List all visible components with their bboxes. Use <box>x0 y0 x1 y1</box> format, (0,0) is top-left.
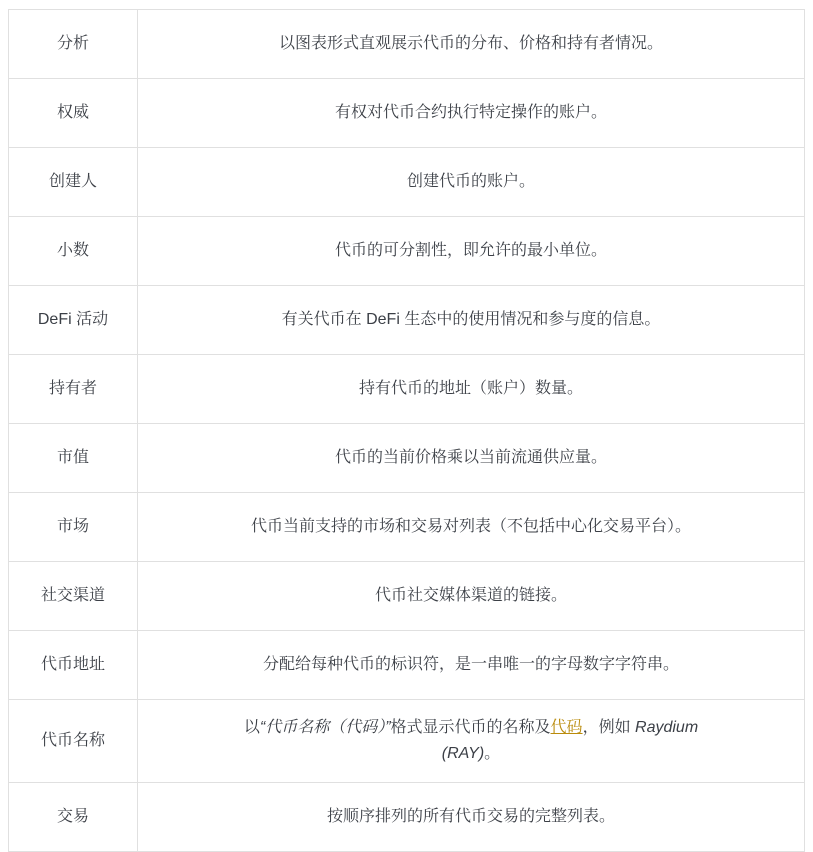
table-row: 代币名称 以“代币名称（代码）”格式显示代币的名称及代码，例如 Raydium(… <box>9 700 804 783</box>
table-row: 市值 代币的当前价格乘以当前流通供应量。 <box>9 424 804 493</box>
definition-cell: 有权对代币合约执行特定操作的账户。 <box>138 79 804 147</box>
definition-cell: 持有代币的地址（账户）数量。 <box>138 355 804 423</box>
table-row: 权威 有权对代币合约执行特定操作的账户。 <box>9 79 804 148</box>
glossary-table: 分析 以图表形式直观展示代币的分布、价格和持有者情况。 权威 有权对代币合约执行… <box>8 9 805 852</box>
definition-cell: 代币的可分割性，即允许的最小单位。 <box>138 217 804 285</box>
definition-text: 代币的可分割性，即允许的最小单位。 <box>156 238 786 264</box>
definition-text: ，例如 <box>583 719 635 736</box>
definition-cell: 以图表形式直观展示代币的分布、价格和持有者情况。 <box>138 10 804 78</box>
definition-cell: 按顺序排列的所有代币交易的完整列表。 <box>138 783 804 851</box>
definition-text: 以 <box>244 719 260 736</box>
definition-cell: 分配给每种代币的标识符，是一串唯一的字母数字字符串。 <box>138 631 804 699</box>
definition-cell: 创建代币的账户。 <box>138 148 804 216</box>
definition-text: 。 <box>484 745 500 762</box>
table-row: 持有者 持有代币的地址（账户）数量。 <box>9 355 804 424</box>
table-row: 小数 代币的可分割性，即允许的最小单位。 <box>9 217 804 286</box>
definition-italic-text: Raydium <box>635 719 698 736</box>
definition-text: 代币当前支持的市场和交易对列表（不包括中心化交易平台）。 <box>156 514 786 540</box>
term-cell: 持有者 <box>9 355 138 423</box>
table-row: 代币地址 分配给每种代币的标识符，是一串唯一的字母数字字符串。 <box>9 631 804 700</box>
term-cell: 代币地址 <box>9 631 138 699</box>
definition-cell: 以“代币名称（代码）”格式显示代币的名称及代码，例如 Raydium(RAY)。 <box>138 700 804 782</box>
term-cell: 交易 <box>9 783 138 851</box>
definition-cell: 代币当前支持的市场和交易对列表（不包括中心化交易平台）。 <box>138 493 804 561</box>
term-cell: 社交渠道 <box>9 562 138 630</box>
term-cell: 权威 <box>9 79 138 147</box>
definition-text: 代币社交媒体渠道的链接。 <box>156 583 786 609</box>
definition-text: 按顺序排列的所有代币交易的完整列表。 <box>156 804 786 830</box>
definition-cell: 代币的当前价格乘以当前流通供应量。 <box>138 424 804 492</box>
table-row: 交易 按顺序排列的所有代币交易的完整列表。 <box>9 783 804 851</box>
definition-italic-text: (RAY) <box>442 745 484 762</box>
table-row: 社交渠道 代币社交媒体渠道的链接。 <box>9 562 804 631</box>
definition-text: 有关代币在 DeFi 生态中的使用情况和参与度的信息。 <box>156 307 786 333</box>
symbol-link[interactable]: 代码 <box>551 719 583 736</box>
term-cell: DeFi 活动 <box>9 286 138 354</box>
table-row: 创建人 创建代币的账户。 <box>9 148 804 217</box>
definition-text: 分配给每种代币的标识符，是一串唯一的字母数字字符串。 <box>156 652 786 678</box>
term-cell: 小数 <box>9 217 138 285</box>
term-cell: 代币名称 <box>9 700 138 782</box>
definition-rich-text: 以“代币名称（代码）”格式显示代币的名称及代码，例如 Raydium(RAY)。 <box>156 715 786 767</box>
definition-text: 以图表形式直观展示代币的分布、价格和持有者情况。 <box>156 31 786 57</box>
definition-cell: 代币社交媒体渠道的链接。 <box>138 562 804 630</box>
term-cell: 市场 <box>9 493 138 561</box>
definition-text: 创建代币的账户。 <box>156 169 786 195</box>
definition-text: 持有代币的地址（账户）数量。 <box>156 376 786 402</box>
definition-text: 代币的当前价格乘以当前流通供应量。 <box>156 445 786 471</box>
table-row: DeFi 活动 有关代币在 DeFi 生态中的使用情况和参与度的信息。 <box>9 286 804 355</box>
definition-text: 有权对代币合约执行特定操作的账户。 <box>156 100 786 126</box>
definition-cell: 有关代币在 DeFi 生态中的使用情况和参与度的信息。 <box>138 286 804 354</box>
definition-italic-text: “代币名称（代码）” <box>260 719 391 736</box>
table-row: 分析 以图表形式直观展示代币的分布、价格和持有者情况。 <box>9 10 804 79</box>
term-cell: 分析 <box>9 10 138 78</box>
definition-text: 格式显示代币的名称及 <box>391 719 551 736</box>
term-cell: 创建人 <box>9 148 138 216</box>
table-row: 市场 代币当前支持的市场和交易对列表（不包括中心化交易平台）。 <box>9 493 804 562</box>
term-cell: 市值 <box>9 424 138 492</box>
